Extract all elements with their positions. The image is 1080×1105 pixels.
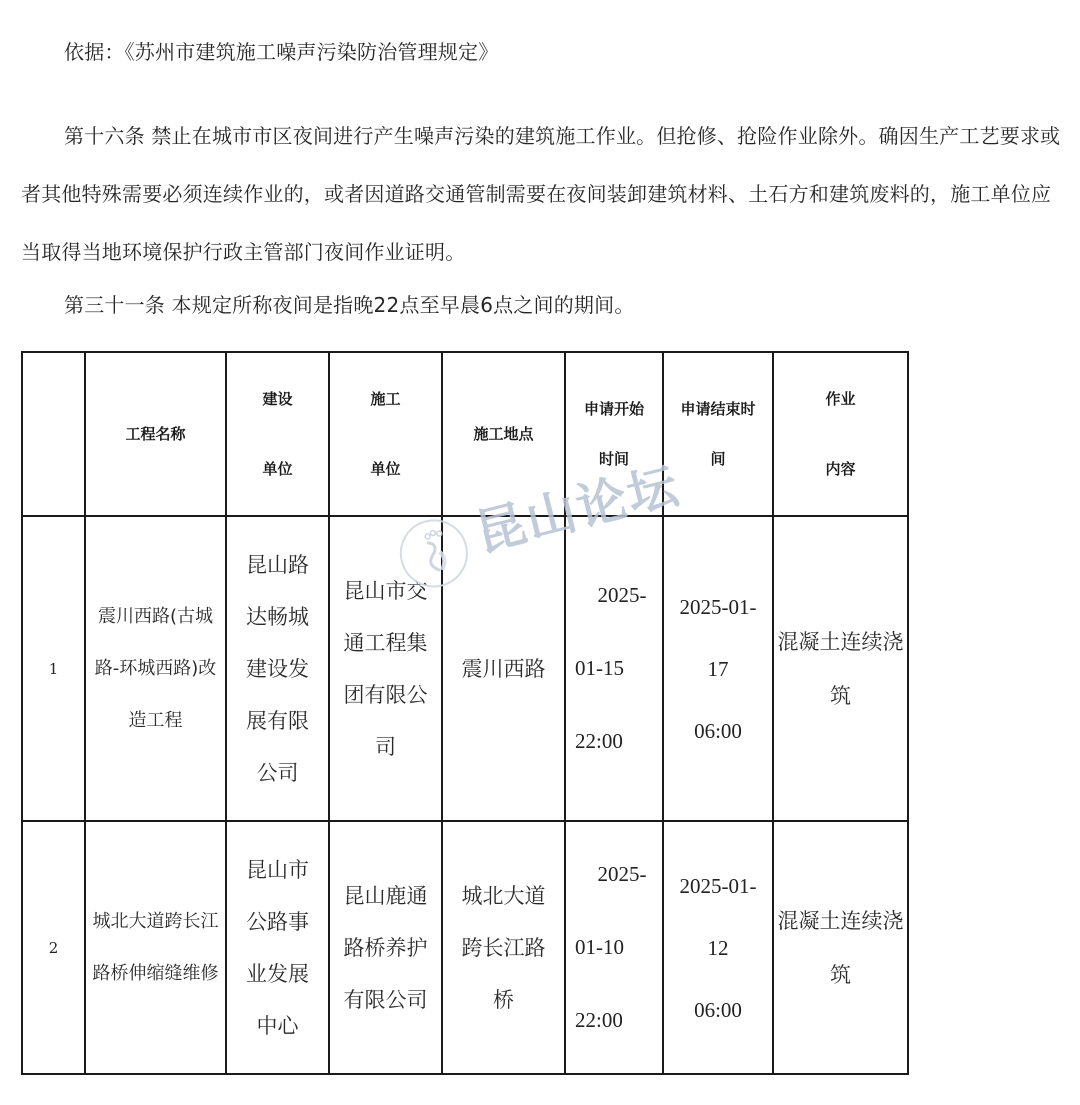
contractor-unit: 昆山市交 通工程集 团有限公 司 — [329, 516, 442, 821]
table-row: 2 城北大道跨长江路桥伸缩缝维修 昆山市 公路事 业发展 中心 昆山鹿通 路桥养… — [22, 821, 908, 1074]
end-time: 2025-01- 12 06:00 — [663, 821, 773, 1074]
work-content: 混凝土连续浇筑 — [773, 516, 908, 821]
row-index: 1 — [22, 516, 85, 821]
start-time: 2025- 01-15 22:00 — [565, 516, 663, 821]
article-16-text: 第十六条 禁止在城市市区夜间进行产生噪声污染的建筑施工作业。但抢修、抢险作业除外… — [21, 107, 1061, 281]
header-index — [22, 352, 85, 516]
regulation-basis: 依据：《苏州市建筑施工噪声污染防治管理规定》 — [64, 36, 498, 65]
header-end-time: 申请结束时 间 — [663, 352, 773, 516]
header-location: 施工地点 — [442, 352, 565, 516]
row-index: 2 — [22, 821, 85, 1074]
builder-unit: 昆山市 公路事 业发展 中心 — [226, 821, 329, 1074]
builder-unit: 昆山路 达畅城 建设发 展有限 公司 — [226, 516, 329, 821]
work-content: 混凝土连续浇筑 — [773, 821, 908, 1074]
header-project-name: 工程名称 — [85, 352, 226, 516]
project-name: 震川西路(古城路-环城西路)改造工程 — [85, 516, 226, 821]
table-row: 1 震川西路(古城路-环城西路)改造工程 昆山路 达畅城 建设发 展有限 公司 … — [22, 516, 908, 821]
article-31-text: 第三十一条 本规定所称夜间是指晚22点至早晨6点之间的期间。 — [64, 289, 635, 318]
header-builder: 建设 单位 — [226, 352, 329, 516]
table-header-row: 工程名称 建设 单位 施工 单位 施工地点 申请开始 时间 申请结束时 间 作业… — [22, 352, 908, 516]
contractor-unit: 昆山鹿通 路桥养护 有限公司 — [329, 821, 442, 1074]
header-start-time: 申请开始 时间 — [565, 352, 663, 516]
header-work-content: 作业 内容 — [773, 352, 908, 516]
header-contractor: 施工 单位 — [329, 352, 442, 516]
start-time: 2025- 01-10 22:00 — [565, 821, 663, 1074]
end-time: 2025-01- 17 06:00 — [663, 516, 773, 821]
project-name: 城北大道跨长江路桥伸缩缝维修 — [85, 821, 226, 1074]
work-location: 城北大道 跨长江路 桥 — [442, 821, 565, 1074]
work-location: 震川西路 — [442, 516, 565, 821]
night-work-table: 工程名称 建设 单位 施工 单位 施工地点 申请开始 时间 申请结束时 间 作业… — [21, 351, 909, 1075]
